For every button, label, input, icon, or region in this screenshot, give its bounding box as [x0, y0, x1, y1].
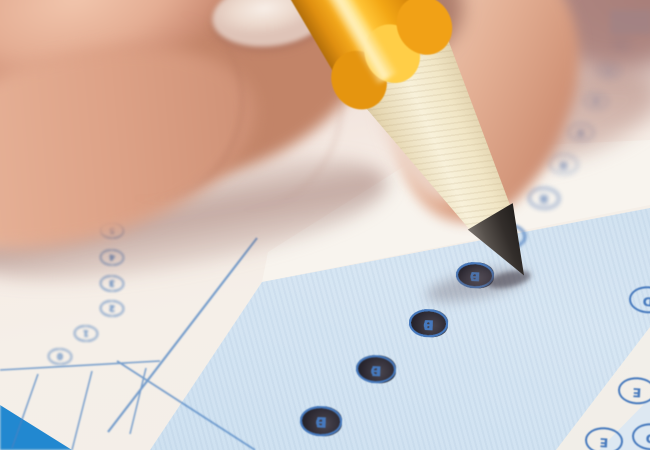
- photo-scantron-scene: ABCDEABCDEABCDEABCDEABCDEABCDE 555554444…: [0, 0, 650, 450]
